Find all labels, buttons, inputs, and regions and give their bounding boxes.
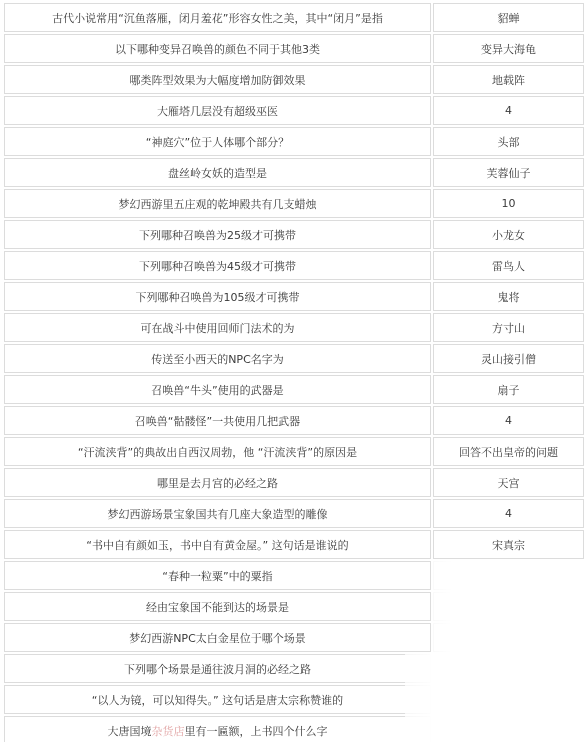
question-cell: “春种一粒粟”中的粟指 xyxy=(4,561,431,590)
question-cell: 召唤兽“骷髅怪”一共使用几把武器 xyxy=(4,406,431,435)
table-row: “春种一粒粟”中的粟指 xyxy=(4,561,584,590)
answer-cell: 4 xyxy=(433,96,584,125)
question-cell: 梦幻西游NPC太白金星位于哪个场景 xyxy=(4,623,431,652)
table-row: 下列哪种召唤兽为25级才可携带小龙女 xyxy=(4,220,584,249)
question-cell: 大唐国境杂货店里有一匾额，上书四个什么字 xyxy=(4,716,431,742)
answer-cell: 方寸山 xyxy=(433,313,584,342)
table-row: 下列哪种召唤兽为105级才可携带鬼将 xyxy=(4,282,584,311)
question-cell: 哪里是去月宫的必经之路 xyxy=(4,468,431,497)
answer-cell: 4 xyxy=(433,499,584,528)
question-cell: 下列哪种召唤兽为105级才可携带 xyxy=(4,282,431,311)
shop-link[interactable]: 杂货店 xyxy=(151,725,184,738)
answer-cell: 10 xyxy=(433,189,584,218)
question-cell: 下列哪种召唤兽为25级才可携带 xyxy=(4,220,431,249)
question-cell: “汗流浃背”的典故出自西汉周勃，他 “汗流浃背”的原因是 xyxy=(4,437,431,466)
table-row: 可在战斗中使用回师门法术的为方寸山 xyxy=(4,313,584,342)
table-row: “神庭穴”位于人体哪个部分？头部 xyxy=(4,127,584,156)
answer-cell: 灵山接引僧 xyxy=(433,344,584,373)
answer-cell: 小龙女 xyxy=(433,220,584,249)
table-row: 大雁塔几层没有超级巫医4 xyxy=(4,96,584,125)
question-cell: 梦幻西游场景宝象国共有几座大象造型的雕像 xyxy=(4,499,431,528)
question-cell: 梦幻西游里五庄观的乾坤殿共有几支蜡烛 xyxy=(4,189,431,218)
question-cell: 以下哪种变异召唤兽的颜色不同于其他3类 xyxy=(4,34,431,63)
question-cell: “神庭穴”位于人体哪个部分？ xyxy=(4,127,431,156)
table-row: 梦幻西游里五庄观的乾坤殿共有几支蜡烛10 xyxy=(4,189,584,218)
answer-cell: 鬼将 xyxy=(433,282,584,311)
answer-cell xyxy=(433,561,584,590)
answer-cell: 回答不出皇帝的问题 xyxy=(433,437,584,466)
table-row: 盘丝岭女妖的造型是芙蓉仙子 xyxy=(4,158,584,187)
answer-cell: 雷鸟人 xyxy=(433,251,584,280)
table-row: 古代小说常用“沉鱼落雁，闭月羞花”形容女性之美，其中“闭月”是指貂蝉 xyxy=(4,3,584,32)
table-row: 召唤兽“骷髅怪”一共使用几把武器4 xyxy=(4,406,584,435)
question-cell: 下列哪种召唤兽为45级才可携带 xyxy=(4,251,431,280)
answer-cell: 芙蓉仙子 xyxy=(433,158,584,187)
table-row: 经由宝象国不能到达的场景是 xyxy=(4,592,584,621)
question-cell: “书中自有颜如玉，书中自有黄金屋。” 这句话是谁说的 xyxy=(4,530,431,559)
table-row: 哪类阵型效果为大幅度增加防御效果地载阵 xyxy=(4,65,584,94)
qa-table: 古代小说常用“沉鱼落雁，闭月羞花”形容女性之美，其中“闭月”是指貂蝉 以下哪种变… xyxy=(2,1,584,742)
question-text-after: 里有一匾额，上书四个什么字 xyxy=(184,725,327,738)
answer-cell xyxy=(433,592,584,621)
question-cell: 大雁塔几层没有超级巫医 xyxy=(4,96,431,125)
table-row: 哪里是去月宫的必经之路天宫 xyxy=(4,468,584,497)
answer-cell: 天宫 xyxy=(433,468,584,497)
question-cell: “以人为镜，可以知得失。” 这句话是唐太宗称赞谁的 xyxy=(4,685,431,714)
answer-cell xyxy=(433,685,584,714)
question-cell: 召唤兽“牛头”使用的武器是 xyxy=(4,375,431,404)
answer-cell xyxy=(433,716,584,742)
answer-cell xyxy=(433,654,584,683)
question-cell: 古代小说常用“沉鱼落雁，闭月羞花”形容女性之美，其中“闭月”是指 xyxy=(4,3,431,32)
table-row: 下列哪个场景是通往波月洞的必经之路 xyxy=(4,654,584,683)
table-row: 下列哪种召唤兽为45级才可携带雷鸟人 xyxy=(4,251,584,280)
answer-cell: 扇子 xyxy=(433,375,584,404)
answer-cell xyxy=(433,623,584,652)
table-row: 以下哪种变异召唤兽的颜色不同于其他3类变异大海龟 xyxy=(4,34,584,63)
answer-cell: 头部 xyxy=(433,127,584,156)
question-cell: 传送至小西天的NPC名字为 xyxy=(4,344,431,373)
question-cell: 可在战斗中使用回师门法术的为 xyxy=(4,313,431,342)
question-text-before: 大唐国境 xyxy=(107,725,151,738)
table-row: “以人为镜，可以知得失。” 这句话是唐太宗称赞谁的 xyxy=(4,685,584,714)
table-row: 传送至小西天的NPC名字为灵山接引僧 xyxy=(4,344,584,373)
table-row: “书中自有颜如玉，书中自有黄金屋。” 这句话是谁说的宋真宗 xyxy=(4,530,584,559)
question-cell: 盘丝岭女妖的造型是 xyxy=(4,158,431,187)
question-cell: 下列哪个场景是通往波月洞的必经之路 xyxy=(4,654,431,683)
table-row: 梦幻西游场景宝象国共有几座大象造型的雕像4 xyxy=(4,499,584,528)
answer-cell: 地载阵 xyxy=(433,65,584,94)
question-cell: 哪类阵型效果为大幅度增加防御效果 xyxy=(4,65,431,94)
answer-cell: 变异大海龟 xyxy=(433,34,584,63)
answer-cell: 4 xyxy=(433,406,584,435)
answer-cell: 貂蝉 xyxy=(433,3,584,32)
answer-cell: 宋真宗 xyxy=(433,530,584,559)
table-row: “汗流浃背”的典故出自西汉周勃，他 “汗流浃背”的原因是回答不出皇帝的问题 xyxy=(4,437,584,466)
table-row: 梦幻西游NPC太白金星位于哪个场景 xyxy=(4,623,584,652)
question-cell: 经由宝象国不能到达的场景是 xyxy=(4,592,431,621)
table-row: 大唐国境杂货店里有一匾额，上书四个什么字 xyxy=(4,716,584,742)
table-row: 召唤兽“牛头”使用的武器是扇子 xyxy=(4,375,584,404)
